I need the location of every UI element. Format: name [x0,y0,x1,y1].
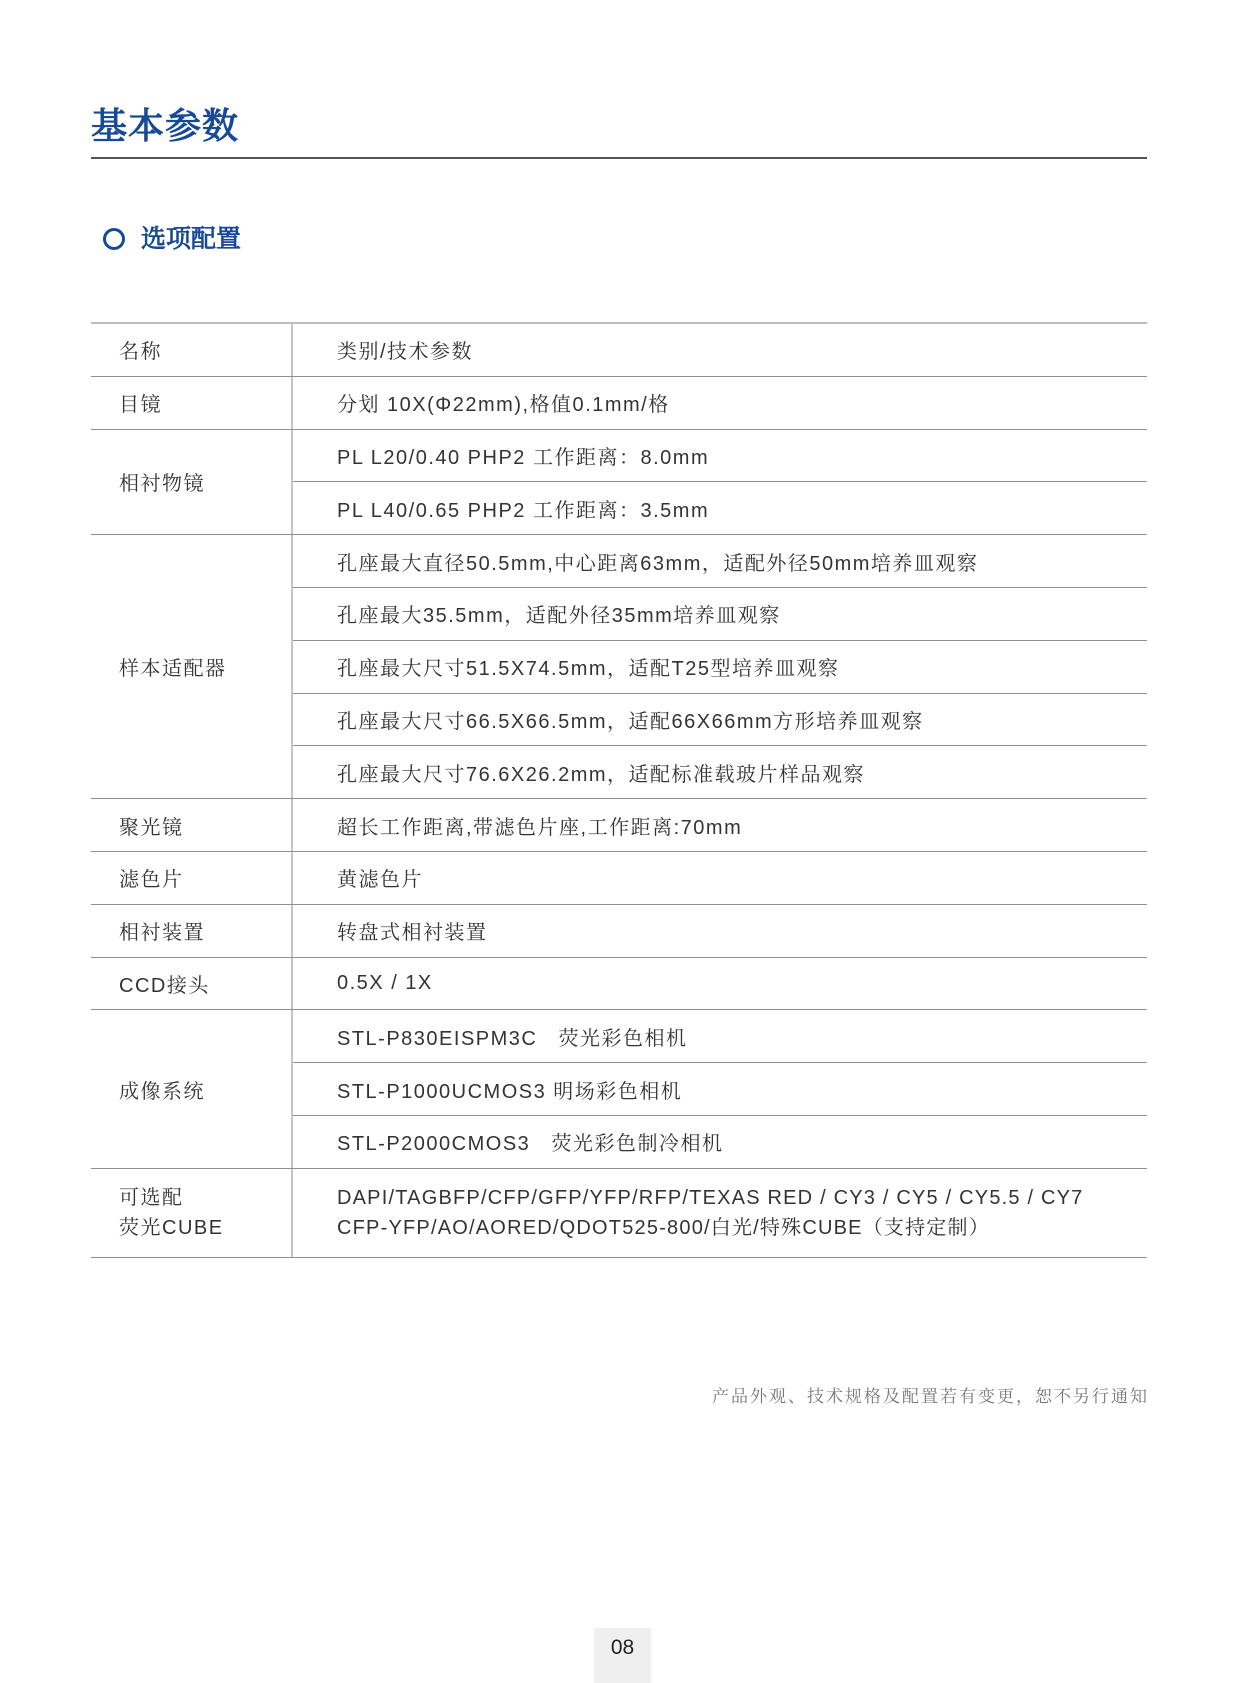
row-label: 相衬物镜 [91,430,293,535]
table-row: 可选配 荧光CUBE DAPI/TAGBFP/CFP/GFP/YFP/RFP/T… [91,1169,1147,1259]
spec-cell: 0.5X / 1X [293,958,1147,1010]
spec-cell: 孔座最大35.5mm，适配外径35mm培养皿观察 [293,588,1147,641]
table-row: 成像系统 STL-P830EISPM3C 荧光彩色相机 STL-P1000UCM… [91,1010,1147,1168]
circle-bullet-icon [103,228,125,250]
row-label: 目镜 [91,377,293,429]
spec-cell: STL-P1000UCMOS3 明场彩色相机 [293,1063,1147,1116]
row-label: 滤色片 [91,852,293,904]
spec-cell: 孔座最大直径50.5mm,中心距离63mm，适配外径50mm培养皿观察 [293,535,1147,588]
spec-line: CFP-YFP/AO/AORED/QDOT525-800/白光/特殊CUBE（支… [337,1213,990,1243]
table-row: 相衬物镜 PL L20/0.40 PHP2 工作距离：8.0mm PL L40/… [91,430,1147,536]
spec-cell: PL L20/0.40 PHP2 工作距离：8.0mm [293,430,1147,483]
row-label: CCD接头 [91,958,293,1010]
spec-cell: 孔座最大尺寸51.5X74.5mm，适配T25型培养皿观察 [293,641,1147,694]
table-row: CCD接头 0.5X / 1X [91,958,1147,1011]
table-row: 滤色片 黄滤色片 [91,852,1147,905]
table-header-row: 名称 类别/技术参数 [91,324,1147,377]
spec-cell: 孔座最大尺寸76.6X26.2mm，适配标准载玻片样品观察 [293,746,1147,798]
table-row: 相衬装置 转盘式相衬装置 [91,905,1147,958]
spec-cell: STL-P2000CMOS3 荧光彩色制冷相机 [293,1116,1147,1168]
row-label: 样本适配器 [91,535,293,798]
row-label-line: 荧光CUBE [119,1213,291,1243]
column-header-name: 名称 [91,324,293,376]
page-title: 基本参数 [91,104,239,148]
section-title: 选项配置 [141,224,241,254]
spec-cell: 超长工作距离,带滤色片座,工作距离:70mm [293,799,1147,851]
spec-cell: DAPI/TAGBFP/CFP/GFP/YFP/RFP/TEXAS RED / … [293,1169,1147,1258]
spec-cell: 分划 10X(Φ22mm),格值0.1mm/格 [293,377,1147,429]
spec-cell: 转盘式相衬装置 [293,905,1147,957]
spec-cell: 黄滤色片 [293,852,1147,904]
table-row: 目镜 分划 10X(Φ22mm),格值0.1mm/格 [91,377,1147,430]
row-label-line: 可选配 [119,1183,291,1213]
spec-line: DAPI/TAGBFP/CFP/GFP/YFP/RFP/TEXAS RED / … [337,1183,1084,1213]
row-label: 聚光镜 [91,799,293,851]
spec-cell: STL-P830EISPM3C 荧光彩色相机 [293,1010,1147,1063]
spec-cell: 孔座最大尺寸66.5X66.5mm，适配66X66mm方形培养皿观察 [293,694,1147,747]
column-header-spec: 类别/技术参数 [293,324,1147,376]
row-label: 相衬装置 [91,905,293,957]
page-number: 08 [594,1628,651,1668]
row-label: 成像系统 [91,1010,293,1167]
table-row: 聚光镜 超长工作距离,带滤色片座,工作距离:70mm [91,799,1147,852]
spec-cell: PL L40/0.65 PHP2 工作距离：3.5mm [293,482,1147,534]
page-number-box: 08 [594,1628,651,1683]
row-label: 可选配 荧光CUBE [91,1169,293,1258]
disclaimer-note: 产品外观、技术规格及配置若有变更，恕不另行通知 [712,1385,1149,1409]
options-table: 名称 类别/技术参数 目镜 分划 10X(Φ22mm),格值0.1mm/格 相衬… [91,322,1147,1258]
title-divider [91,157,1147,159]
table-row: 样本适配器 孔座最大直径50.5mm,中心距离63mm，适配外径50mm培养皿观… [91,535,1147,799]
